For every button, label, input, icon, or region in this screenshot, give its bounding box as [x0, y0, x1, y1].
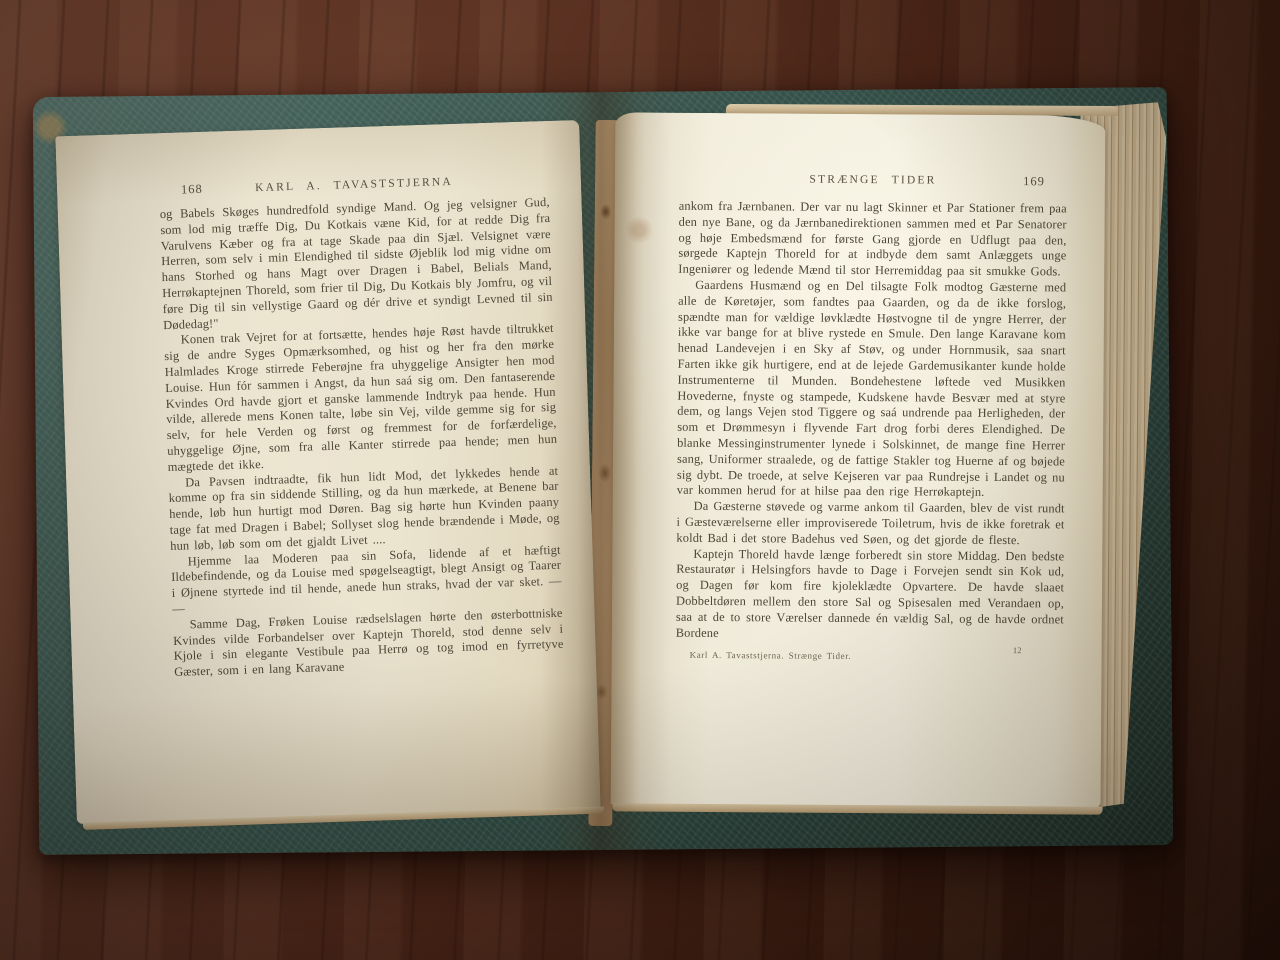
right-page-text: ankom fra Jærnbanen. Der var nu lagt Ski… [676, 199, 1067, 667]
paragraph: Da Gæsterne støvede og varme ankom til G… [676, 499, 1064, 549]
left-running-title: KARL A. TAVASTSTJERNA [159, 173, 549, 197]
book-footer-line: Karl A. Tavaststjerna. Strænge Tider. [676, 648, 852, 665]
wood-table: 168 KARL A. TAVASTSTJERNA og Babels Skøg… [0, 0, 1280, 960]
right-page-number: 169 [1023, 174, 1045, 189]
right-running-title: STRÆNGE TIDER [679, 173, 1067, 188]
signature-mark: 12 [1013, 643, 1022, 659]
page-footer: Karl A. Tavaststjerna. Strænge Tider. 12 [676, 648, 1064, 667]
paragraph: Gaardens Husmænd og en Del tilsagte Folk… [677, 278, 1067, 502]
paragraph: Samme Dag, Frøken Louise rædselslagen hø… [172, 605, 564, 680]
left-page: 168 KARL A. TAVASTSTJERNA og Babels Skøg… [55, 120, 600, 824]
paragraph: Da Pavsen indtraadte, fik hun lidt Mod, … [168, 463, 560, 554]
paragraph: og Babels Skøges hundredfold syndige Man… [160, 195, 554, 334]
paragraph: ankom fra Jærnbanen. Der var nu lagt Ski… [678, 199, 1067, 281]
paragraph: Kaptejn Thoreld havde længe forberedt si… [676, 546, 1065, 643]
right-page: STRÆNGE TIDER 169 ankom fra Jærnbanen. D… [611, 112, 1106, 807]
paragraph: Konen trak Vejret for at fortsætte, hend… [164, 321, 558, 475]
book: 168 KARL A. TAVASTSTJERNA og Babels Skøg… [36, 92, 1170, 850]
left-page-text: og Babels Skøges hundredfold syndige Man… [160, 195, 565, 681]
